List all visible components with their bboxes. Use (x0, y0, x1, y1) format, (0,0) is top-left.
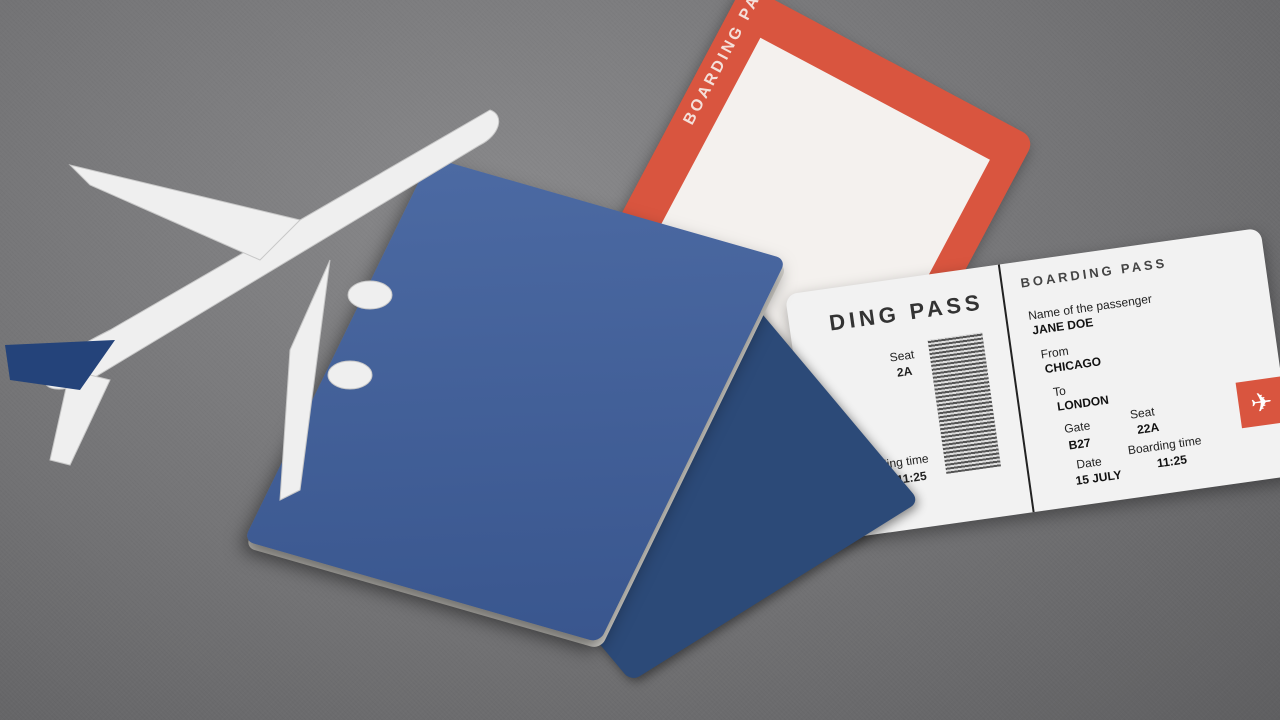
barcode (928, 333, 1001, 474)
stub-title: DING PASS (828, 289, 985, 336)
to-label: To (1052, 384, 1067, 400)
seat-value: 22A (1136, 420, 1160, 437)
boarding-time-value: 11:25 (1156, 452, 1188, 470)
date-label: Date (1075, 454, 1102, 471)
stub-seat-value: 2A (896, 364, 913, 380)
gate-label: Gate (1063, 418, 1091, 435)
main-title: BOARDING PASS (1020, 255, 1168, 290)
gate-value: B27 (1068, 436, 1092, 453)
stub-seat-label: Seat (889, 347, 915, 364)
toy-airplane (0, 90, 520, 510)
seat-label: Seat (1129, 404, 1155, 421)
airplane-icon: ✈ (1236, 376, 1280, 428)
ticket-perforation (998, 264, 1035, 512)
